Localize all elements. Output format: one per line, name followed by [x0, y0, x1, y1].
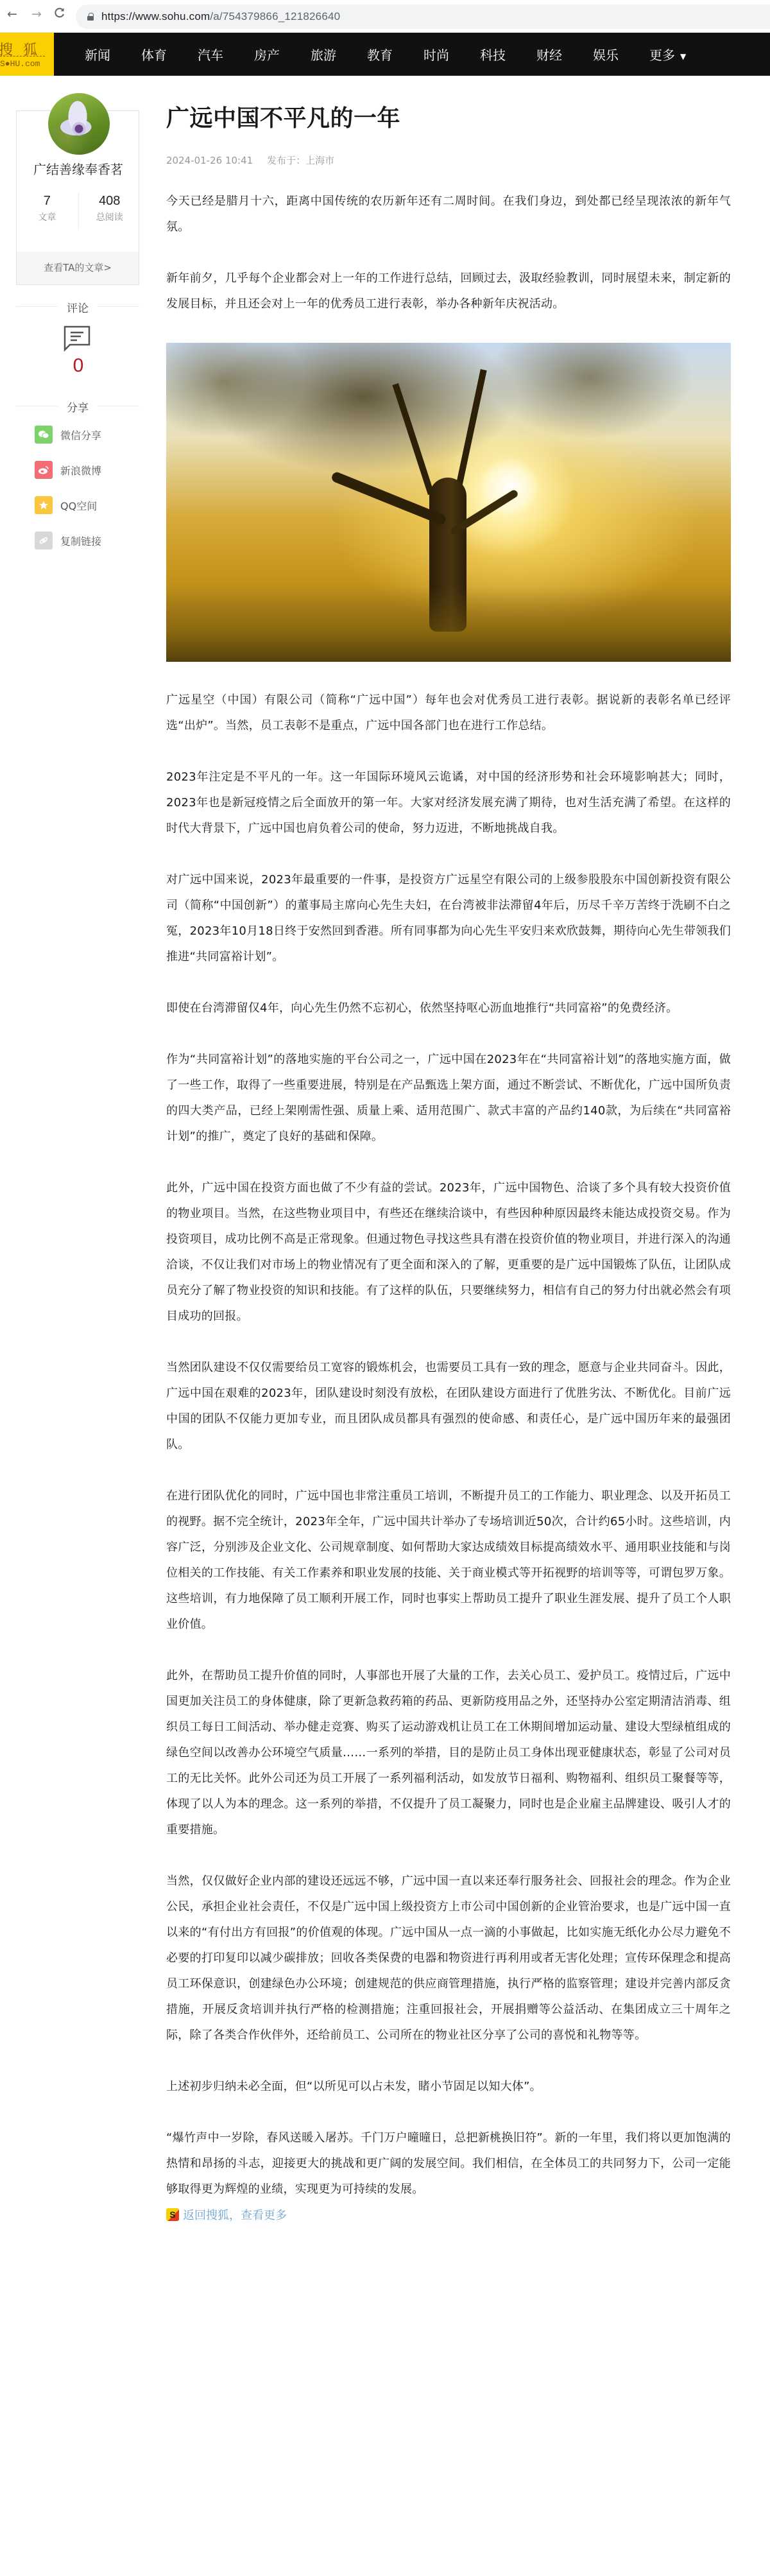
link-icon: [35, 532, 53, 549]
author-name[interactable]: 广结善缘奉香茗: [16, 159, 141, 178]
back-arrow-icon: ←: [7, 7, 17, 21]
comment-title-text: 评论: [67, 302, 89, 315]
site-navigation: 搜狐 S●HU.com 新闻 体育 汽车 房产 旅游 教育 时尚 科技 财经 娱…: [0, 33, 770, 76]
image-ground: [166, 587, 731, 662]
logo-underline: [0, 56, 45, 56]
share-list: 微信分享 新浪微博 QQ空间 复制链接: [35, 426, 101, 567]
view-author-articles-button[interactable]: 查看TA的文章>: [17, 252, 139, 284]
share-copy-link[interactable]: 复制链接: [35, 532, 101, 549]
reload-icon: [54, 7, 65, 22]
stat-reads-label: 总阅读: [79, 211, 141, 225]
share-copy-link-label: 复制链接: [60, 533, 101, 548]
stat-reads-value: 408: [79, 193, 141, 209]
article-paragraph: 即使在台湾滞留仅4年，向心先生仍然不忘初心，依然坚持呕心沥血地推行“共同富裕”的…: [166, 996, 731, 1021]
share-weibo-label: 新浪微博: [60, 463, 101, 478]
article-meta: 2024-01-26 10:41发布于：上海市: [166, 153, 731, 168]
article: 广远中国不平凡的一年 2024-01-26 10:41发布于：上海市 今天已经是…: [166, 103, 731, 2224]
comment-icon[interactable]: [64, 325, 90, 352]
nav-item-fashion[interactable]: 时尚: [424, 45, 449, 64]
nav-item-more[interactable]: 更多▼: [649, 45, 686, 64]
back-to-sohu-text: 返回搜狐，查看更多: [183, 2206, 287, 2223]
stat-reads: 408 总阅读: [79, 193, 141, 232]
article-paragraph: 新年前夕，几乎每个企业都会对上一年的工作进行总结，回顾过去，汲取经验教训，同时展…: [166, 266, 731, 317]
article-paragraph: 对广远中国来说，2023年最重要的一件事，是投资方广远星空有限公司的上级参股股东…: [166, 867, 731, 970]
publish-date: 2024-01-26 10:41: [166, 155, 253, 166]
caret-down-icon: ▼: [680, 52, 686, 61]
share-wechat-label: 微信分享: [60, 428, 101, 442]
back-to-sohu-link[interactable]: S 返回搜狐，查看更多: [166, 2205, 731, 2224]
author-stats: 7 文章 408 总阅读: [16, 193, 141, 232]
article-paragraph: 当然，仅仅做好企业内部的建设还远远不够，广远中国一直以来还奉行服务社会、回报社会…: [166, 1869, 731, 2048]
article-paragraph: 作为“共同富裕计划”的落地实施的平台公司之一，广远中国在2023年在“共同富裕计…: [166, 1047, 731, 1150]
article-paragraph: 此外，广远中国在投资方面也做了不少有益的尝试。2023年，广远中国物色、洽谈了多…: [166, 1175, 731, 1329]
comment-section-title: 评论: [16, 299, 139, 312]
share-qzone[interactable]: QQ空间: [35, 496, 101, 514]
nav-item-finance[interactable]: 财经: [536, 45, 562, 64]
weibo-icon: [35, 461, 53, 479]
qzone-icon: [35, 496, 53, 514]
lock-icon: [87, 13, 94, 21]
share-weibo[interactable]: 新浪微博: [35, 461, 101, 479]
nav-item-sports[interactable]: 体育: [141, 45, 167, 64]
author-avatar[interactable]: [48, 93, 110, 155]
wechat-icon: [35, 426, 53, 444]
share-wechat[interactable]: 微信分享: [35, 426, 101, 444]
sohu-s-icon: S: [166, 2208, 179, 2221]
article-paragraph: 当然团队建设不仅仅需要给员工宽容的锻炼机会，也需要员工具有一致的理念，愿意与企业…: [166, 1355, 731, 1458]
nav-item-realestate[interactable]: 房产: [254, 45, 280, 64]
article-paragraph: 今天已经是腊月十六，距离中国传统的农历新年还有二周时间。在我们身边，到处都已经呈…: [166, 189, 731, 240]
logo-english: S●HU.com: [0, 59, 40, 69]
article-paragraph: “爆竹声中一岁除，春风送暖入屠苏。千门万户曈曈日，总把新桃换旧符”。新的一年里，…: [166, 2125, 731, 2202]
url-text: https://www.sohu.com/a/754379866_1218266…: [101, 10, 340, 23]
article-title: 广远中国不平凡的一年: [166, 103, 731, 135]
url-path: /a/754379866_121826640: [210, 10, 340, 22]
article-paragraph: 上述初步归纳未必全面，但“以所见可以占未发，睹小节固足以知大体”。: [166, 2074, 731, 2100]
article-paragraph: 在进行团队优化的同时，广远中国也非常注重员工培训，不断提升员工的工作能力、职业理…: [166, 1483, 731, 1638]
back-button[interactable]: ←: [4, 6, 21, 22]
reload-button[interactable]: [51, 6, 68, 22]
stat-articles: 7 文章: [16, 193, 78, 232]
stat-articles-value: 7: [16, 193, 78, 209]
article-image: [166, 343, 731, 662]
stat-articles-label: 文章: [16, 211, 78, 225]
nav-menu: 新闻 体育 汽车 房产 旅游 教育 时尚 科技 财经 娱乐 更多▼: [54, 33, 686, 76]
nav-item-news[interactable]: 新闻: [85, 45, 110, 64]
nav-item-entertainment[interactable]: 娱乐: [593, 45, 619, 64]
forward-arrow-icon: →: [31, 7, 42, 21]
address-bar[interactable]: https://www.sohu.com/a/754379866_1218266…: [76, 4, 770, 29]
share-qzone-label: QQ空间: [60, 498, 97, 513]
sohu-logo[interactable]: 搜狐 S●HU.com: [0, 33, 54, 76]
article-paragraph: 广远星空（中国）有限公司（简称“广远中国”）每年也会对优秀员工进行表彰。据说新的…: [166, 687, 731, 739]
url-host: https://www.sohu.com: [101, 10, 210, 22]
article-paragraph: 此外，在帮助员工提升价值的同时，人事部也开展了大量的工作，去关心员工、爱护员工。…: [166, 1663, 731, 1843]
nav-item-education[interactable]: 教育: [367, 45, 393, 64]
publish-location: 发布于：上海市: [267, 155, 334, 166]
nav-item-travel[interactable]: 旅游: [311, 45, 336, 64]
nav-item-auto[interactable]: 汽车: [198, 45, 223, 64]
forward-button[interactable]: →: [28, 6, 45, 22]
nav-item-tech[interactable]: 科技: [480, 45, 506, 64]
share-section-title: 分享: [16, 399, 139, 411]
browser-toolbar: ← → https://www.sohu.com/a/754379866_121…: [0, 0, 770, 33]
nav-more-label: 更多: [649, 48, 675, 63]
article-paragraph: 2023年注定是不平凡的一年。这一年国际环境风云诡谲，对中国的经济形势和社会环境…: [166, 765, 731, 842]
comment-count[interactable]: 0: [16, 355, 141, 377]
share-title-text: 分享: [67, 402, 89, 415]
